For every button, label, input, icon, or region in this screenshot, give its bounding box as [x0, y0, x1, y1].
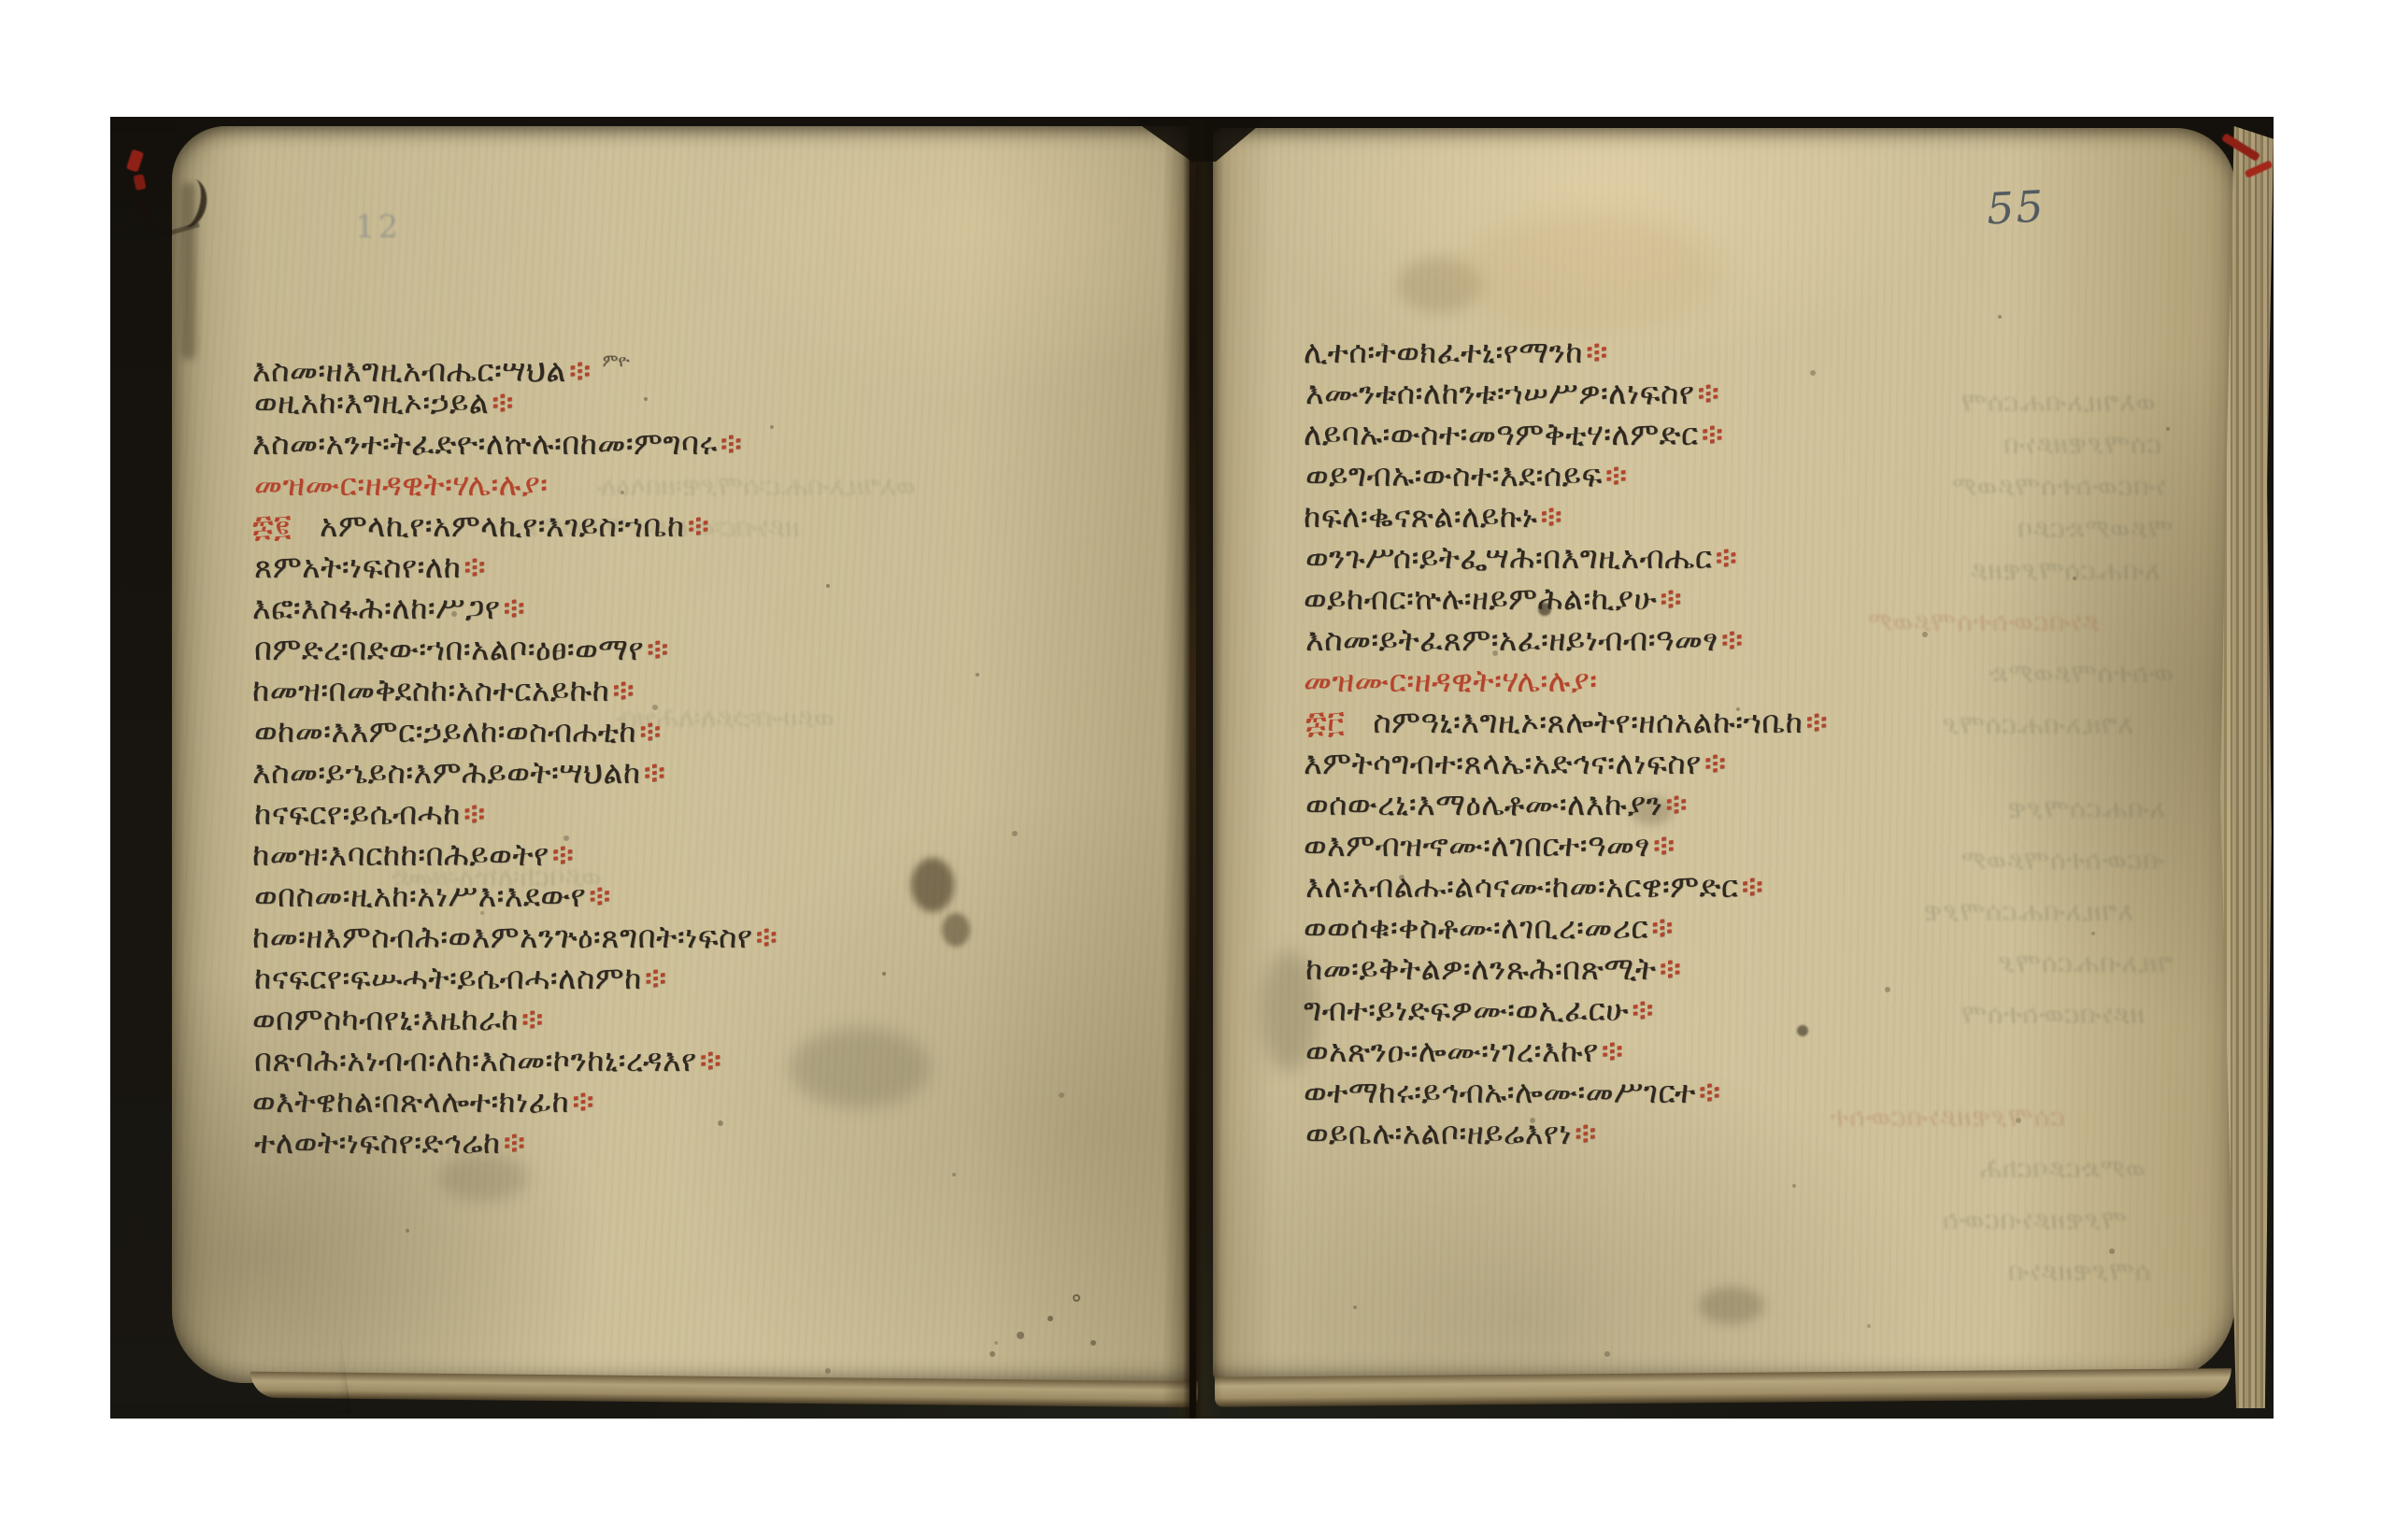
text-line: ወከመ፡እእምር፡ኃይለከ፡ወስብሐቲከ፨ — [254, 711, 779, 752]
text-line: ከመ፡ዘእምስብሕ፡ወእምአንጕዕ፡ጸግበት፡ነፍስየ፨ — [252, 917, 777, 958]
paragraph-mark: ፨ — [756, 919, 778, 955]
paragraph-mark: ፨ — [1653, 827, 1675, 863]
line-text: ወአጽንዑ፡ሎሙ፡ነገረ፡እኩየ — [1305, 1033, 1599, 1069]
paragraph-mark: ፨ — [1704, 745, 1727, 781]
paragraph-mark: ፨ — [1540, 498, 1562, 535]
line-text: እስመ፡ይትፈጸም፡አፈ፡ዘይነብብ፡ዓመፃ — [1305, 621, 1718, 658]
line-text: ከመዝ፡እባርከከ፡በሕይወትየ — [252, 836, 549, 873]
bleed-through-text: ሰማያዊዘይነብ — [2007, 1256, 2150, 1288]
text-line: እስመ፡አንተ፡ትፈድዮ፡ለኵሉ፡በከመ፡ምግባሩ፨ — [252, 423, 777, 464]
paragraph-mark: ፨ — [612, 672, 634, 708]
right-text-block: ሊተሰ፡ተወክፈተኒ፡የማንከ፨እሙንቱሰ፡ለከንቱ፡ኀሠሥዎ፡ለነፍስየ፨ለይ… — [1304, 332, 1826, 1154]
text-line: ወንጉሥሰ፡ይትፌሣሕ፡በእግዚአብሔር፨ — [1305, 537, 1828, 578]
bleed-through-text: ማያዊዘይነብርውስ — [1942, 1205, 2127, 1236]
paragraph-mark: ፨ — [1716, 539, 1738, 576]
text-line: ወይቤሉ፡አልቦ፡ዘይሬእየነ፨ — [1305, 1113, 1828, 1154]
line-text: ወይከብር፡ኵሉ፡ዘይምሕል፡ኪያሁ — [1304, 580, 1657, 617]
line-text: ወይቤሉ፡አልቦ፡ዘይሬእየነ — [1305, 1115, 1572, 1151]
line-text: ወሰውረኒ፡እማዕሌቶሙ፡ለእኩያን — [1305, 786, 1662, 822]
bleed-through-text: ርሰማያዊዘይነብ — [2003, 429, 2161, 461]
line-text: ሊተሰ፡ተወክፈተኒ፡የማንከ — [1304, 334, 1583, 370]
line-text: ስምዓኒ፡እግዚኦ፡ጸሎትየ፡ዘሰአልኩ፡ኀቤከ — [1373, 704, 1803, 740]
text-line: በምድረ፡በድው፡ኀበ፡አልቦ፡ዕፀ፡ወማየ፨ — [254, 629, 779, 670]
paragraph-mark: ፨ — [503, 590, 525, 626]
warm-patch — [1458, 212, 1719, 334]
bleed-through-text: ርሰማያዊዘይነብርውስተ — [1830, 1102, 2065, 1134]
speckle-cluster — [1075, 1296, 1078, 1300]
text-line: ወአጽንዑ፡ሎሙ፡ነገረ፡እኩየ፨ — [1305, 1031, 1828, 1072]
marginal-gloss: ምዮ — [603, 351, 630, 371]
text-line: እስመ፡ይትፈጸም፡አፈ፡ዘይነብብ፡ዓመፃ፨ — [1305, 620, 1828, 661]
paragraph-mark: ፨ — [1699, 1074, 1721, 1110]
line-text: ከናፍርየ፡ይሴብሓከ — [254, 795, 461, 832]
line-text: ከፍለ፡ቈናጽል፡ለይኩኑ — [1304, 498, 1537, 535]
text-line: ወእምብዝኆሙ፡ለገበርተ፡ዓመፃ፨ — [1304, 825, 1826, 866]
paragraph-mark: ፨ — [1805, 704, 1828, 740]
paragraph-mark: ፨ — [1660, 950, 1682, 987]
text-line: እምትሳግብተ፡ጸላኤ፡አድኅና፡ለነፍስየ፨ — [1304, 743, 1826, 784]
text-line: ግብተ፡ይነድፍዎሙ፡ወኢፈርሁ፨ — [1304, 990, 1826, 1031]
left-text-block: እስመ፡ዘእግዚአብሔር፡ሣህል፨ምዮወዚአከ፡እግዚኦ፡ኃይል፨እስመ፡አንተ… — [252, 341, 777, 1163]
text-line: ወወሰቁ፡ቀስቶሙ፡ለገቢረ፡መሪር፨ — [1304, 907, 1826, 948]
line-text: ጸምአት፡ነፍስየ፡ለከ — [254, 549, 461, 585]
photo-background: 12 እስመ፡ዘእግዚአብሔር፡ሣህል፨ምዮወዚአከ፡እግዚኦ፡ኃይል፨እስመ፡… — [110, 117, 2274, 1419]
line-text: ከመዝ፡በመቅደስከ፡አስተርአይኩከ — [252, 672, 609, 708]
bleed-through-text: ዘይነብርውስተሰማ — [1960, 999, 2145, 1031]
text-line: ከናፍርየ፡ይሴብሓከ፨ — [254, 793, 779, 834]
paragraph-mark: ፨ — [1575, 1115, 1597, 1151]
paragraph-mark: ፨ — [589, 877, 611, 914]
text-line: እለ፡አብልሑ፡ልሳናሙ፡ከመ፡አርዌ፡ምድር፨ — [1305, 866, 1828, 907]
line-text: ለይባኡ፡ውስተ፡መዓምቅቲሃ፡ለምድር — [1304, 416, 1699, 452]
paragraph-mark: ፨ — [720, 425, 743, 462]
paragraph-mark: ፨ — [463, 549, 486, 585]
line-text: ወከመ፡እእምር፡ኃይለከ፡ወስብሐቲከ — [254, 713, 636, 749]
paragraph-mark: ፨ — [1586, 334, 1608, 370]
paragraph-mark: ፨ — [1660, 580, 1682, 617]
bleed-through-text: አብሔርሰማያዊዘይ — [1970, 555, 2160, 587]
paragraph-mark: ፨ — [647, 631, 669, 667]
line-text: እስመ፡አንተ፡ትፈድዮ፡ለኵሉ፡በከመ፡ምግባሩ — [252, 425, 718, 462]
rubric-line: መዝሙር፡ዘዳዊት፡ሃሌ፡ሉያ፡ — [1304, 661, 1826, 702]
text-line: ጸምአት፡ነፍስየ፡ለከ፨ — [254, 547, 779, 588]
bleed-through-text: ይነብርውስተሰማይወም — [1867, 606, 2099, 638]
text-line: ከፍለ፡ቈናጽል፡ለይኩኑ፨ — [1304, 496, 1826, 537]
paragraph-mark: ፨ — [552, 836, 575, 873]
paragraph-mark: ፨ — [572, 1083, 594, 1119]
text-line: ሊተሰ፡ተወክፈተኒ፡የማንከ፨ — [1304, 332, 1826, 373]
bleed-through-text: ውስተሰማይወምድ — [1989, 658, 2174, 690]
paragraph-mark: ፨ — [504, 1124, 526, 1161]
book-gutter — [1162, 117, 1222, 1419]
line-text: ወወሰቁ፡ቀስቶሙ፡ለገቢረ፡መሪር — [1304, 909, 1648, 946]
bleed-through-text: ብርውስተሰማይወም — [1960, 845, 2164, 877]
line-text: ወንጉሥሰ፡ይትፌሣሕ፡በእግዚአብሔር — [1305, 539, 1713, 576]
folio-number: 55 — [1986, 180, 2046, 234]
line-text: ግብተ፡ይነድፍዎሙ፡ወኢፈርሁ — [1304, 991, 1629, 1028]
paragraph-mark: ፨ — [463, 795, 486, 832]
line-text: ወተማከሩ፡ይኅብኡ፡ሎሙ፡መሥገርተ — [1304, 1074, 1696, 1110]
text-line: ከመዝ፡እባርከከ፡በሕይወትየ፨ — [252, 834, 777, 876]
line-text: ከመ፡ዘእምስብሕ፡ወእምአንጕዕ፡ጸግበት፡ነፍስየ — [252, 919, 753, 955]
ink-blot — [942, 913, 970, 947]
paragraph-mark: ፨ — [700, 1042, 722, 1078]
paragraph-mark: ፨ — [1665, 786, 1688, 822]
paragraph-mark: ፨ — [1721, 621, 1744, 658]
text-line: በጽባሕ፡አነብብ፡ለከ፡እስመ፡ኮንከኒ፡ረዳእየ፨ — [254, 1040, 779, 1081]
ink-blot — [911, 858, 954, 912]
bleed-through-text: ወእግዚአብሔርሰማ — [1960, 387, 2156, 419]
text-line: እፎ፡እስፋሕ፡ለከ፡ሥጋየ፨ — [252, 588, 777, 629]
bleed-through-text: አብሔርሰማያዊ — [2007, 793, 2165, 825]
text-line: ከመ፡ይቅትልዎ፡ለንጹሕ፡በጽሚት፨ — [1305, 948, 1828, 990]
paragraph-mark: ፨ — [1702, 416, 1724, 452]
paragraph-mark: ፨ — [492, 384, 514, 421]
text-line: ወተማከሩ፡ይኅብኡ፡ሎሙ፡መሥገርተ፨ — [1304, 1072, 1826, 1113]
line-text: በጽባሕ፡አነብብ፡ለከ፡እስመ፡ኮንከኒ፡ረዳእየ — [254, 1042, 697, 1078]
paragraph-mark: ፨ — [1742, 868, 1764, 905]
paragraph-mark: ፨ — [1651, 909, 1674, 946]
paragraph-mark: ፨ — [644, 754, 666, 791]
line-text: ወይግብኡ፡ውስተ፡እደ፡ሰይፍ — [1305, 457, 1603, 493]
verse-number-rubric: ፷፪ — [252, 507, 292, 544]
text-line: ከናፍርየ፡ፍሡሓት፡ይሴብሓ፡ለስምከ፨ — [254, 958, 779, 999]
bleed-through-text: ወምድርይባርክሕ — [1979, 1153, 2146, 1185]
rubric-line: መዝሙር፡ዘዳዊት፡ሃሌ፡ሉያ፡ — [254, 464, 779, 506]
line-text: እምትሳግብተ፡ጸላኤ፡አድኅና፡ለነፍስየ — [1304, 745, 1702, 781]
text-line: ፷፪አምላኪየ፡አምላኪየ፡እገይስ፡ኀቤከ፨ — [252, 506, 777, 547]
line-text: ከመ፡ይቅትልዎ፡ለንጹሕ፡በጽሚት — [1305, 950, 1657, 987]
line-text: አምላኪየ፡አምላኪየ፡እገይስ፡ኀቤከ — [320, 507, 685, 544]
paragraph-mark: ፨ — [1632, 991, 1654, 1028]
bleed-through-text: ግዚአብሔርሰማያ — [1998, 948, 2173, 979]
text-line: ወበስመ፡ዚአከ፡አነሥእ፡እደውየ፨ — [254, 876, 779, 917]
paragraph-mark: ፨ — [688, 507, 710, 544]
bleed-through-text: ነብርውስተሰማይወም — [1951, 471, 2166, 503]
text-line: ወይግብኡ፡ውስተ፡እደ፡ሰይፍ፨ — [1305, 455, 1828, 496]
smudge-stain — [1699, 1287, 1764, 1324]
text-line: ፷፫ስምዓኒ፡እግዚኦ፡ጸሎትየ፡ዘሰአልኩ፡ኀቤከ፨ — [1305, 702, 1828, 743]
bleed-through-folio-number: 12 — [355, 208, 401, 246]
line-text: መዝሙር፡ዘዳዊት፡ሃሌ፡ሉያ፡ — [1304, 663, 1597, 699]
verse-number-rubric: ፷፫ — [1305, 704, 1345, 740]
smudge-stain — [790, 1028, 930, 1107]
line-text: እሙንቱሰ፡ለከንቱ፡ኀሠሥዎ፡ለነፍስየ — [1305, 375, 1694, 411]
paragraph-mark: ፨ — [1697, 375, 1719, 411]
line-text: መዝሙር፡ዘዳዊት፡ሃሌ፡ሉያ፡ — [254, 466, 548, 503]
bleed-through-text: ማይወምድርይባ — [2017, 513, 2173, 545]
left-page: 12 እስመ፡ዘእግዚአብሔር፡ሣህል፨ምዮወዚአከ፡እግዚኦ፡ኃይል፨እስመ፡… — [172, 126, 1192, 1383]
paragraph-mark: ፨ — [645, 960, 667, 996]
text-line: ወእትዌከል፡በጽላሎተ፡ክነፊከ፨ — [252, 1081, 777, 1122]
text-line: ወይከብር፡ኵሉ፡ዘይምሕል፡ኪያሁ፨ — [1304, 578, 1826, 620]
paragraph-mark: ፨ — [1602, 1033, 1624, 1069]
text-line: ወበምስካብየኒ፡እዜከራከ፨ — [252, 999, 777, 1040]
line-text: ወዚአከ፡እግዚኦ፡ኃይል — [254, 384, 489, 421]
text-line: ወሰውረኒ፡እማዕሌቶሙ፡ለእኩያን፨ — [1305, 784, 1828, 825]
paragraph-mark: ፨ — [639, 713, 662, 749]
text-line: ተለወት፡ነፍስየ፡ድኅሬከ፨ — [254, 1122, 779, 1163]
text-line: እስመ፡ዘእግዚአብሔር፡ሣህል፨ምዮ — [252, 341, 777, 382]
text-line: እስመ፡ይኄይስ፡እምሕይወት፡ሣህልከ፨ — [252, 752, 777, 793]
line-text: እስመ፡ይኄይስ፡እምሕይወት፡ሣህልከ — [252, 754, 641, 791]
line-text: እለ፡አብልሑ፡ልሳናሙ፡ከመ፡አርዌ፡ምድር — [1305, 868, 1739, 905]
line-text: ወበስመ፡ዚአከ፡አነሥእ፡እደውየ — [254, 877, 586, 914]
paragraph-mark: ፨ — [521, 1001, 544, 1037]
paragraph-mark: ፨ — [1605, 457, 1628, 493]
text-line: ወዚአከ፡እግዚኦ፡ኃይል፨ — [254, 382, 779, 423]
bleed-through-text: እግዚአብሔርሰማያ — [1942, 709, 2133, 741]
manuscript-scan: 12 እስመ፡ዘእግዚአብሔር፡ሣህል፨ምዮወዚአከ፡እግዚኦ፡ኃይል፨እስመ፡… — [0, 0, 2381, 1540]
line-text: ወእምብዝኆሙ፡ለገበርተ፡ዓመፃ — [1304, 827, 1650, 863]
text-line: ከመዝ፡በመቅደስከ፡አስተርአይኩከ፨ — [252, 670, 777, 711]
line-text: በምድረ፡በድው፡ኀበ፡አልቦ፡ዕፀ፡ወማየ — [254, 631, 644, 667]
line-text: ከናፍርየ፡ፍሡሓት፡ይሴብሓ፡ለስምከ — [254, 960, 642, 996]
line-text: እፎ፡እስፋሕ፡ለከ፡ሥጋየ — [252, 590, 500, 626]
text-line: ለይባኡ፡ውስተ፡መዓምቅቲሃ፡ለምድር፨ — [1304, 414, 1826, 455]
text-line: እሙንቱሰ፡ለከንቱ፡ኀሠሥዎ፡ለነፍስየ፨ — [1305, 373, 1828, 414]
right-page: 55 ሊተሰ፡ተወክፈተኒ፡የማንከ፨እሙንቱሰ፡ለከንቱ፡ኀሠሥዎ፡ለነፍስየ… — [1213, 128, 2235, 1380]
bleed-through-text: እግዚአብሔርሰማያዊ — [1923, 896, 2133, 928]
